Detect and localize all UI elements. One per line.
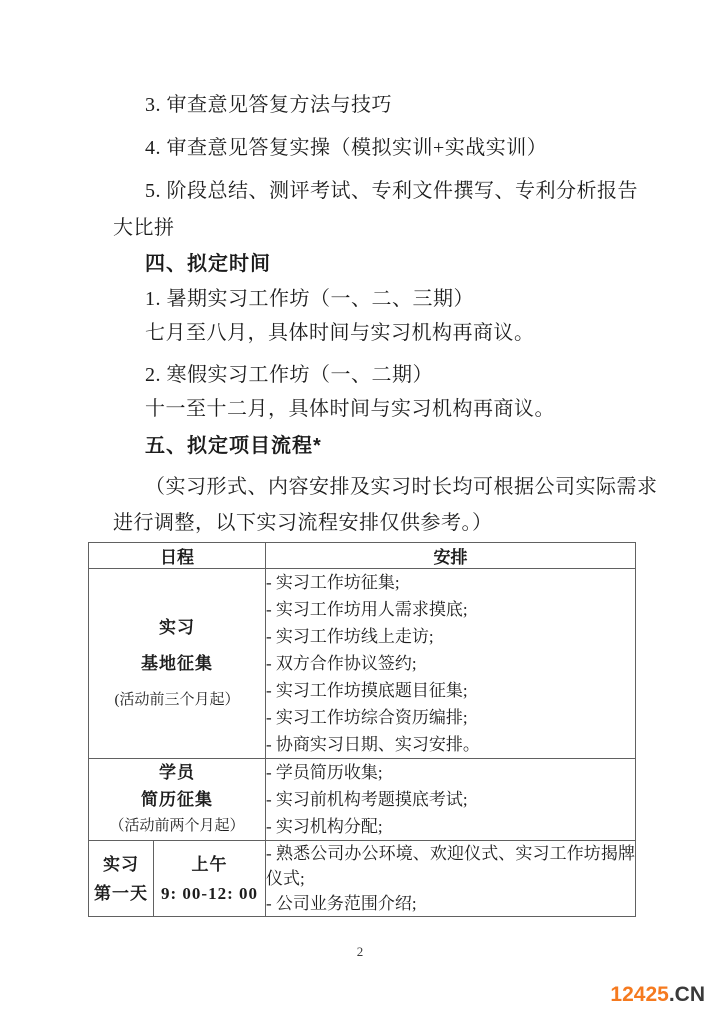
arrangement-item: - 实习机构分配; xyxy=(266,813,635,840)
paragraph-line: 进行调整，以下实习流程安排仅供参考。） xyxy=(113,511,493,536)
paragraph-line: 5. 阶段总结、测评考试、专利文件撰写、专利分析报告 xyxy=(145,179,638,204)
paragraph-line: 1. 暑期实习工作坊（一、二、三期） xyxy=(145,287,474,312)
schedule-note: (活动前三个月起） xyxy=(89,682,265,718)
arrangement-item: - 学员简历收集; xyxy=(266,759,635,786)
phase-label: 实习 xyxy=(89,850,153,879)
watermark-tld: .CN xyxy=(669,983,705,1006)
arrangement-item: - 实习工作坊征集; xyxy=(266,569,635,596)
paragraph-line: 七月至八月，具体时间与实习机构再商议。 xyxy=(145,321,535,346)
arrangement-item: - 熟悉公司办公环境、欢迎仪式、实习工作坊揭牌仪式; xyxy=(266,841,635,891)
arrangement-item: - 实习前机构考题摸底考试; xyxy=(266,786,635,813)
arrangement-cell: - 实习工作坊征集; - 实习工作坊用人需求摸底; - 实习工作坊线上走访; -… xyxy=(266,569,636,759)
arrangement-item: - 双方合作协议签约; xyxy=(266,650,635,677)
arrangement-item: - 实习工作坊综合资历编排; xyxy=(266,704,635,731)
schedule-label: 学员 xyxy=(89,759,265,786)
header-arrangement: 安排 xyxy=(266,543,636,569)
table-row: 实习 第一天 上午 9: 00-12: 00 - 熟悉公司办公环境、欢迎仪式、实… xyxy=(89,841,636,917)
watermark: 12425.CN xyxy=(610,983,705,1007)
watermark-brand: 12425 xyxy=(610,983,668,1006)
schedule-note: （活动前两个月起） xyxy=(89,813,265,840)
time-cell: 上午 9: 00-12: 00 xyxy=(154,841,266,917)
header-schedule: 日程 xyxy=(89,543,266,569)
table-header-row: 日程 安排 xyxy=(89,543,636,569)
page-number: 2 xyxy=(0,944,720,960)
arrangement-item: - 实习工作坊摸底题目征集; xyxy=(266,677,635,704)
schedule-table: 日程 安排 实习 基地征集 (活动前三个月起） - 实习工作坊征集; - 实习工… xyxy=(88,542,636,917)
arrangement-cell: - 学员简历收集; - 实习前机构考题摸底考试; - 实习机构分配; xyxy=(266,759,636,841)
phase-cell: 实习 第一天 xyxy=(89,841,154,917)
time-label: 9: 00-12: 00 xyxy=(154,879,265,908)
table-row: 学员 简历征集 （活动前两个月起） - 学员简历收集; - 实习前机构考题摸底考… xyxy=(89,759,636,841)
paragraph-line: 十一至十二月，具体时间与实习机构再商议。 xyxy=(145,397,555,422)
schedule-cell: 学员 简历征集 （活动前两个月起） xyxy=(89,759,266,841)
paragraph-line: 大比拼 xyxy=(113,216,175,241)
arrangement-item: - 协商实习日期、实习安排。 xyxy=(266,731,635,758)
document-page: 3. 审查意见答复方法与技巧 4. 审查意见答复实操（模拟实训+实战实训） 5.… xyxy=(0,0,720,1019)
time-label: 上午 xyxy=(154,850,265,879)
paragraph-line: （实习形式、内容安排及实习时长均可根据公司实际需求 xyxy=(145,475,658,500)
arrangement-item: - 实习工作坊线上走访; xyxy=(266,623,635,650)
phase-label: 第一天 xyxy=(89,879,153,908)
section-heading-4: 四、拟定时间 xyxy=(145,252,271,277)
paragraph-line: 4. 审查意见答复实操（模拟实训+实战实训） xyxy=(145,136,547,161)
arrangement-item: - 实习工作坊用人需求摸底; xyxy=(266,596,635,623)
paragraph-line: 3. 审查意见答复方法与技巧 xyxy=(145,93,392,118)
table-row: 实习 基地征集 (活动前三个月起） - 实习工作坊征集; - 实习工作坊用人需求… xyxy=(89,569,636,759)
paragraph-line: 2. 寒假实习工作坊（一、二期） xyxy=(145,363,433,388)
schedule-cell: 实习 基地征集 (活动前三个月起） xyxy=(89,569,266,759)
schedule-label: 基地征集 xyxy=(89,646,265,682)
section-heading-5: 五、拟定项目流程* xyxy=(145,434,322,459)
schedule-label: 简历征集 xyxy=(89,786,265,813)
arrangement-cell: - 熟悉公司办公环境、欢迎仪式、实习工作坊揭牌仪式; - 公司业务范围介绍; xyxy=(266,841,636,917)
schedule-label: 实习 xyxy=(89,610,265,646)
arrangement-item: - 公司业务范围介绍; xyxy=(266,891,635,916)
